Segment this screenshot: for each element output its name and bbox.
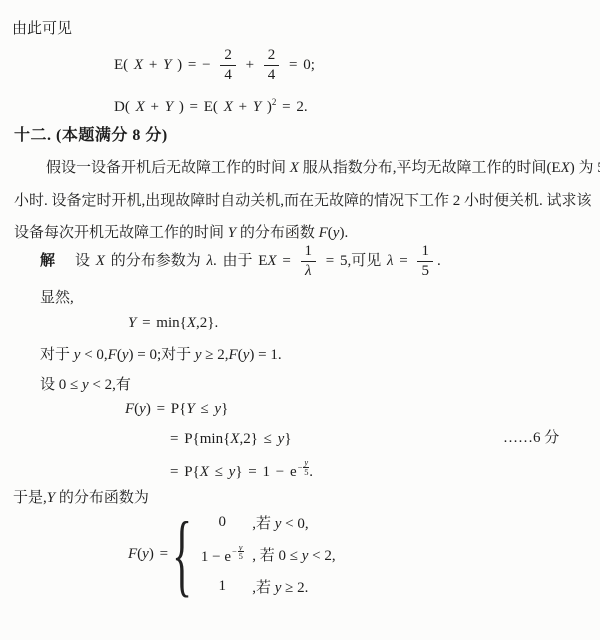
text-segment: =: [277, 253, 297, 269]
piecewise-row: 1 ,若 y ≥ 2.: [194, 570, 335, 602]
fraction: 1λ: [301, 243, 317, 281]
text-segment: F: [108, 347, 117, 363]
case-value: 1 − e−y5: [194, 543, 250, 566]
text-segment: D(: [114, 99, 136, 115]
case-value: 0: [194, 514, 250, 531]
piecewise-distribution-function: F(y) = { 0 ,若 y < 0, 1 − e−y5 , 若 0 ≤ y …: [128, 506, 336, 602]
text-segment: 对于: [40, 347, 74, 363]
text-segment: 的分布函数: [236, 225, 319, 241]
text-segment: X: [561, 160, 570, 176]
text-segment: }: [284, 431, 291, 447]
text-segment: X: [200, 464, 209, 480]
exponent-fraction: −y5: [298, 458, 310, 476]
text-segment: y: [82, 377, 89, 393]
paragraph-line: 小时. 设备定时开机,出现故障时自动关机,而在无故障的情况下工作 2 小时便关机…: [14, 185, 594, 218]
assume-range-text: 设 0 ≤ y < 2,有: [40, 376, 131, 396]
text-segment: y: [142, 546, 149, 562]
derivation-line-1: F(y) = P{Y ≤ y}: [125, 400, 228, 420]
text-segment: = min{: [136, 315, 187, 331]
piecewise-row: 0 ,若 y < 0,: [194, 506, 335, 538]
text-segment: = 5,可见: [320, 253, 387, 269]
text-segment: , 若 0 ≤: [252, 548, 301, 564]
text-segment: . 由于 E: [213, 253, 267, 269]
text-segment: X: [290, 160, 299, 176]
case-condition: ,若 y < 0,: [250, 512, 308, 533]
equation-expectation-sum: E( X + Y ) = − 24 + 24 = 0;: [114, 47, 315, 85]
case-boundary-text: 对于 y < 0,F(y) = 0;对于 y ≥ 2,F(y) = 1.: [40, 346, 282, 366]
piecewise-row: 1 − e−y5 , 若 0 ≤ y < 2,: [194, 538, 335, 570]
text-segment: Y: [253, 99, 261, 115]
paragraph-line: 假设一设备开机后无故障工作的时间 X 服从指数分布,平均无故障工作的时间(EX)…: [14, 152, 594, 185]
text-segment: Y: [47, 490, 55, 506]
text-segment: ): [261, 99, 272, 115]
text-segment: Y: [228, 225, 236, 241]
text-segment: Y: [165, 99, 173, 115]
text-segment: ≥ 2,: [202, 347, 229, 363]
derivation-line-2: = P{min{X,2} ≤ y}: [170, 430, 292, 450]
score-marker: ……6 分: [503, 429, 559, 449]
text-segment: ).: [339, 225, 348, 241]
case-condition: ,若 y ≥ 2.: [250, 576, 308, 597]
obviously-text: 显然,: [40, 289, 74, 309]
intro-text: 由此可见: [12, 20, 72, 40]
text-segment: 的分布参数为: [105, 253, 207, 269]
text-segment: 假设一设备开机后无故障工作的时间: [46, 160, 290, 176]
text-segment: = 0;: [283, 57, 315, 73]
text-segment: ) =: [149, 546, 168, 562]
text-segment: ,2}.: [196, 315, 218, 331]
text-segment: ,若: [252, 580, 275, 596]
text-segment: ,2} ≤: [239, 431, 277, 447]
exponent-fraction: −y5: [232, 543, 244, 561]
text-segment: ,若: [252, 516, 275, 532]
text-segment: X: [224, 99, 233, 115]
text-segment: +: [233, 99, 253, 115]
fraction: 24: [220, 47, 236, 85]
text-segment: X: [136, 99, 145, 115]
equation-y-min: Y = min{X,2}.: [128, 314, 218, 334]
derivation-line-3: = P{X ≤ y} = 1 − e−y5.: [170, 458, 313, 482]
scanned-textbook-page: 由此可见 E( X + Y ) = − 24 + 24 = 0; D( X + …: [0, 0, 600, 640]
text-segment: +: [145, 99, 165, 115]
text-segment: X: [187, 315, 196, 331]
text-segment: y: [139, 401, 146, 417]
equation-variance-sum: D( X + Y ) = E( X + Y )2 = 2.: [114, 97, 308, 118]
text-segment: Y: [186, 401, 194, 417]
text-segment: < 0,: [80, 347, 107, 363]
text-segment: ≥ 2.: [281, 580, 308, 596]
solution-first-line: 解设 X 的分布参数为 λ. 由于 EX = 1λ = 5,可见 λ = 15.: [40, 243, 441, 281]
text-segment: = P{: [170, 464, 200, 480]
text-segment: 设: [75, 253, 96, 269]
text-segment: 0: [218, 514, 226, 530]
text-segment: ) = 1.: [249, 347, 281, 363]
text-segment: 于是,: [13, 490, 47, 506]
text-segment: 解: [40, 253, 55, 269]
fraction: 15: [417, 243, 433, 281]
text-segment: }: [221, 401, 228, 417]
text-segment: +: [240, 57, 260, 73]
text-segment: y: [195, 347, 202, 363]
case-value: 1: [194, 578, 250, 595]
text-segment: 的分布函数为: [55, 490, 149, 506]
text-segment: =: [394, 253, 414, 269]
text-segment: ) = 0;对于: [129, 347, 195, 363]
left-curly-brace-glyph: {: [172, 515, 192, 593]
problem-statement: 假设一设备开机后无故障工作的时间 X 服从指数分布,平均无故障工作的时间(EX)…: [14, 152, 594, 250]
text-segment: F: [128, 546, 137, 562]
text-segment: F: [319, 225, 328, 241]
text-segment: ) 为 5: [570, 160, 600, 176]
text-segment: X: [96, 253, 105, 269]
text-segment: = 2.: [276, 99, 307, 115]
text-segment: ) = E(: [173, 99, 224, 115]
text-segment: E(: [114, 57, 134, 73]
text-segment: X: [267, 253, 276, 269]
text-segment: F: [125, 401, 134, 417]
problem-heading: 十二. (本题满分 8 分): [14, 126, 168, 147]
text-segment: = P{min{: [170, 431, 230, 447]
text-segment: < 2,有: [89, 377, 131, 393]
text-segment: ) = P{: [146, 401, 187, 417]
text-segment: +: [143, 57, 163, 73]
text-segment: .: [309, 464, 313, 480]
text-segment: ) = −: [171, 57, 216, 73]
text-segment: 小时. 设备定时开机,出现故障时自动关机,而在无故障的情况下工作 2 小时便关机…: [14, 193, 592, 209]
text-segment: < 2,: [308, 548, 335, 564]
text-segment: .: [437, 253, 441, 269]
text-segment: ≤: [209, 464, 229, 480]
text-segment: ≤: [195, 401, 215, 417]
piecewise-lhs: F(y) =: [128, 546, 168, 563]
case-condition: , 若 0 ≤ y < 2,: [250, 544, 335, 565]
piecewise-cases: 0 ,若 y < 0, 1 − e−y5 , 若 0 ≤ y < 2, 1 ,若…: [194, 506, 335, 602]
fraction: 24: [264, 47, 280, 85]
text-segment: y: [122, 347, 129, 363]
text-segment: 设备每次开机无故障工作的时间: [14, 225, 228, 241]
text-segment: F: [229, 347, 238, 363]
text-segment: 1: [218, 578, 226, 594]
text-segment: X: [134, 57, 143, 73]
text-segment: 1 − e: [201, 548, 231, 564]
text-segment: < 0,: [281, 516, 308, 532]
text-segment: 设 0 ≤: [40, 377, 82, 393]
text-segment: 服从指数分布,平均无故障工作的时间(E: [299, 160, 561, 176]
text-segment: } = 1 − e: [235, 464, 296, 480]
